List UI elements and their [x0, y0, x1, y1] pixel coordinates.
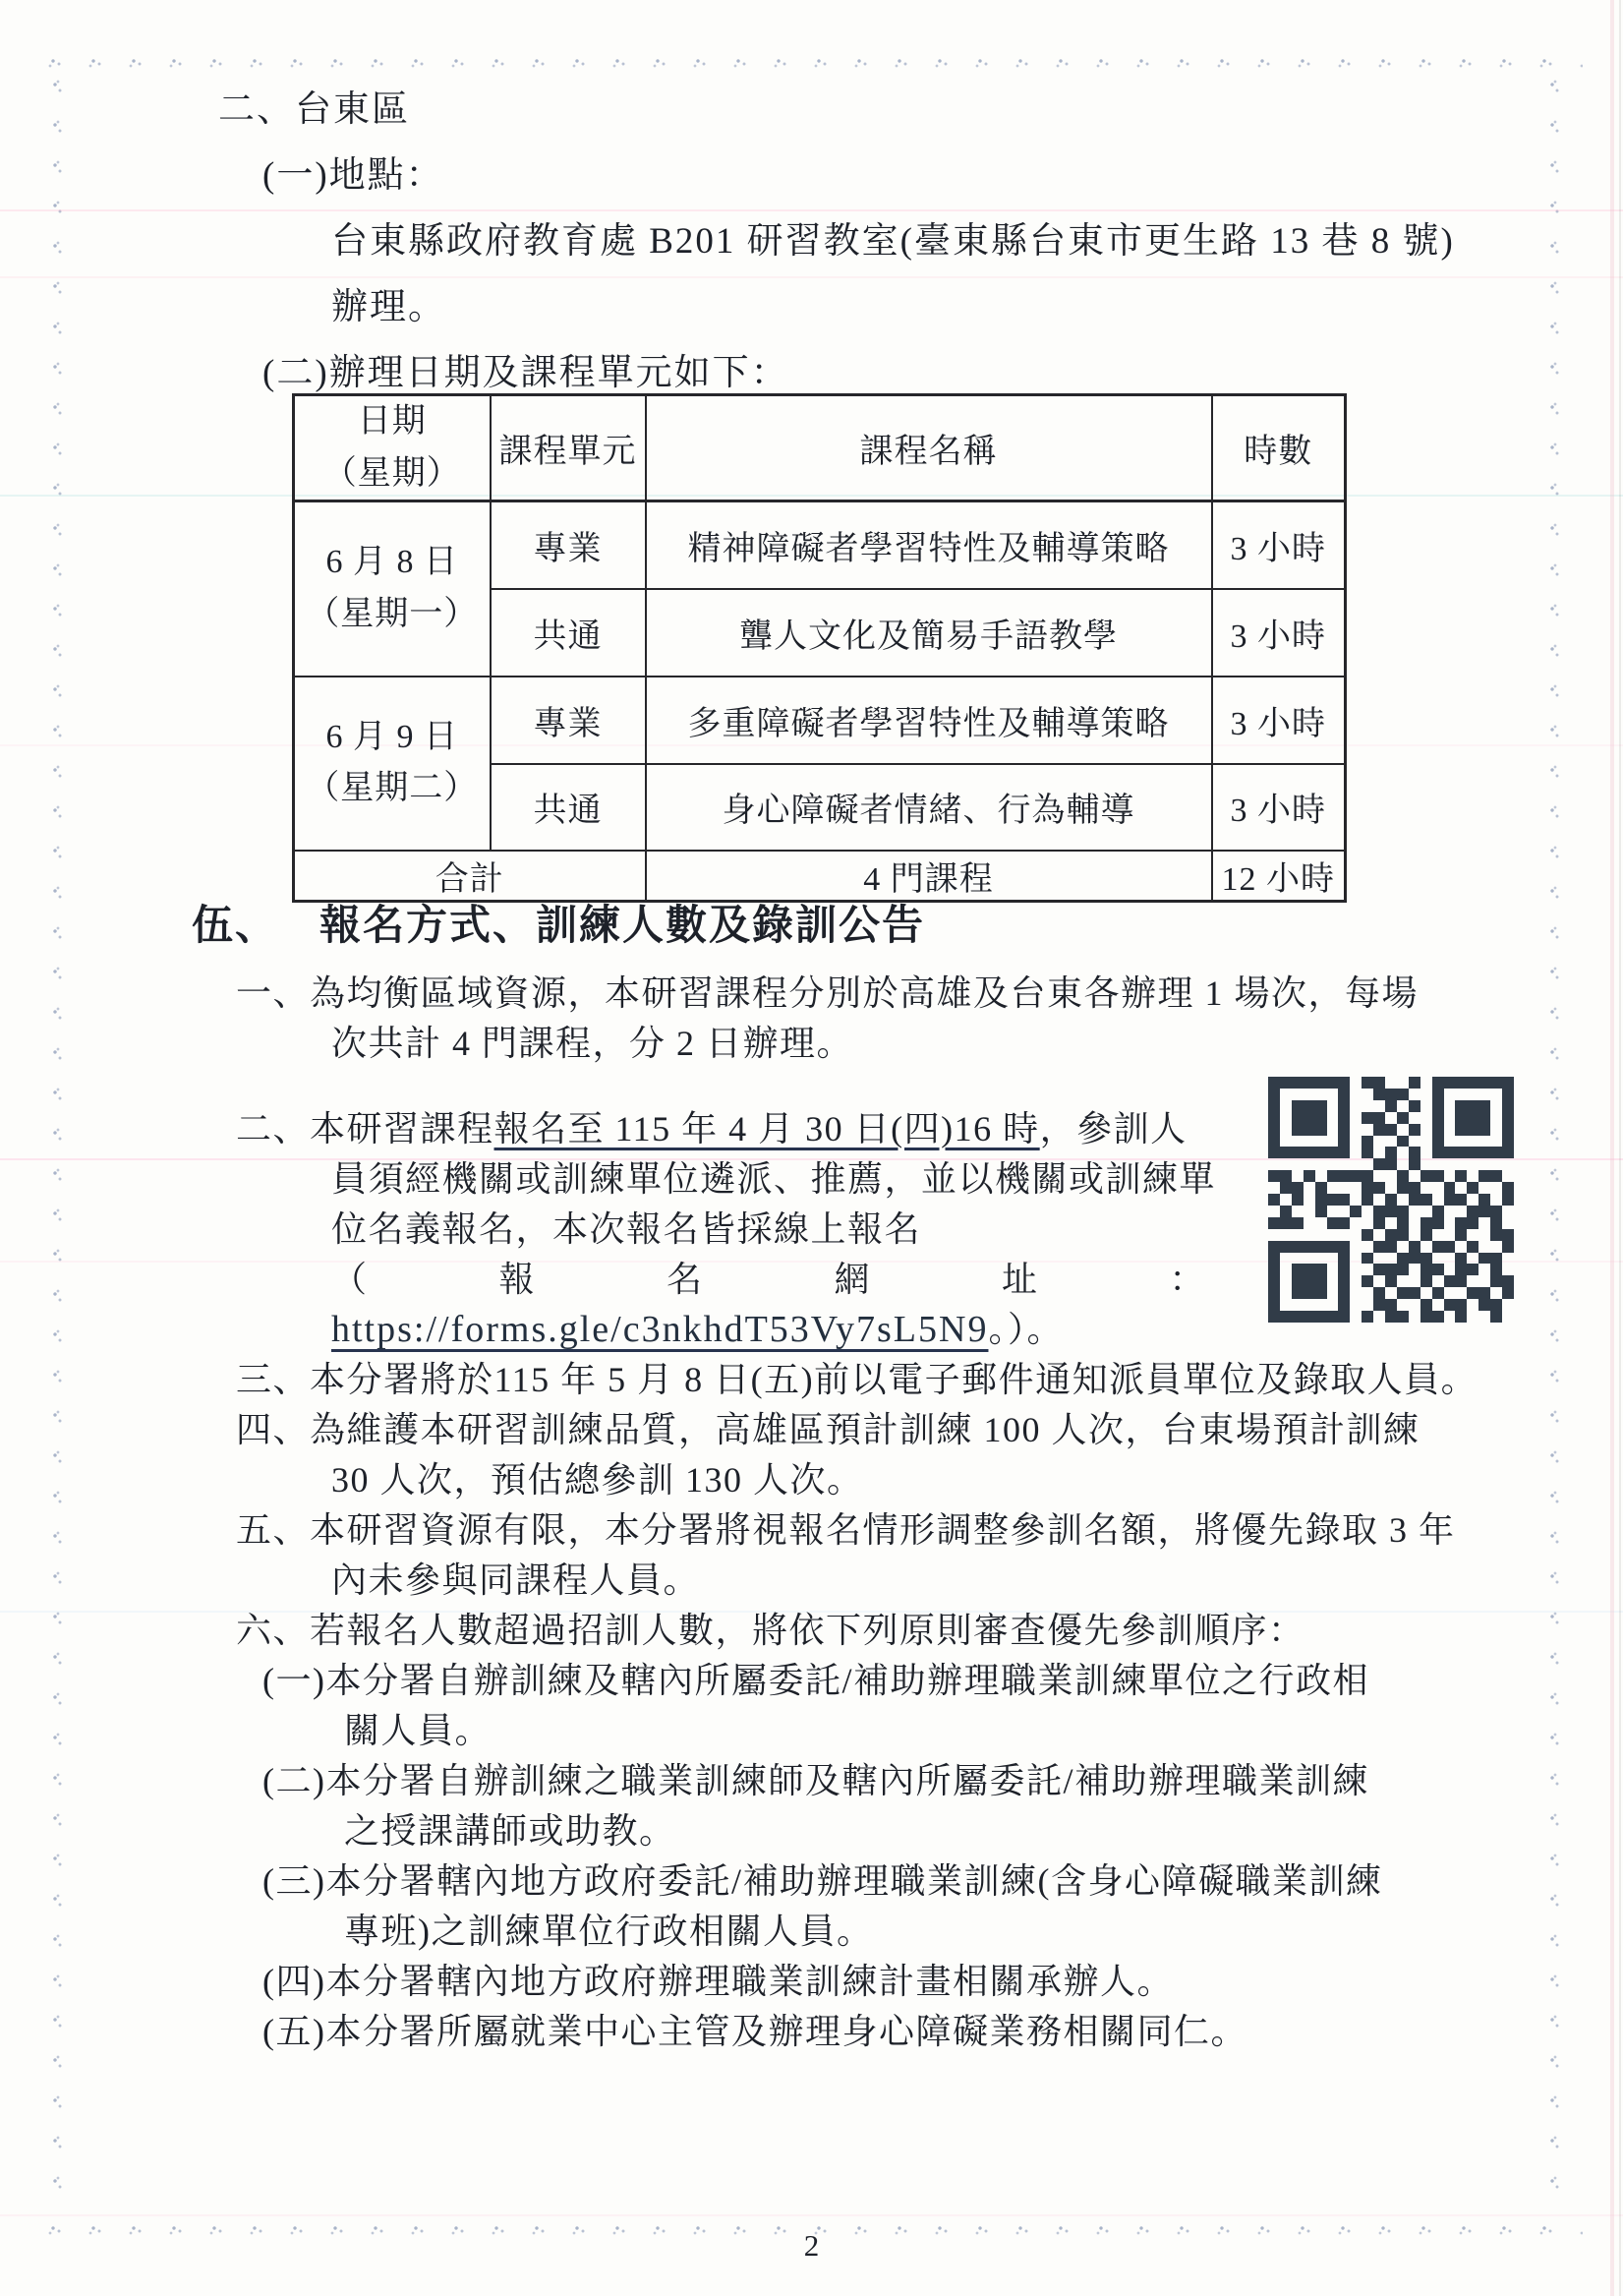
- justified-char: （: [331, 1255, 369, 1305]
- cell-course: 身心障礙者情緒、行為輔導: [646, 764, 1212, 851]
- cell-hours: 3 小時: [1212, 589, 1346, 677]
- cell-hours: 3 小時: [1212, 501, 1346, 589]
- schedule-table: 日期（星期） 課程單元 課程名稱 時數 6 月 8 日（星期一） 專業 精神障礙…: [292, 393, 1347, 903]
- item4-line: 30 人次，預估總參訓 130 人次。: [331, 1455, 1623, 1505]
- header-date-line1: 日期: [358, 403, 427, 440]
- section5-heading-text: 報名方式、訓練人數及錄訓公告: [319, 904, 925, 949]
- item3-line: 三、本分署將於115 年 5 月 8 日(五)前以電子郵件通知派員單位及錄取人員…: [236, 1355, 1623, 1405]
- date-line1: 6 月 8 日: [326, 544, 459, 580]
- cell-unit: 共通: [491, 589, 646, 677]
- cell-course: 聾人文化及簡易手語教學: [646, 589, 1212, 677]
- cell-course: 多重障礙者學習特性及輔導策略: [646, 677, 1212, 764]
- subitem4-line: (四)本分署轄內地方政府辦理職業訓練計畫相關承辦人。: [262, 1957, 1623, 2007]
- page-number: 2: [0, 2228, 1623, 2264]
- subitem2-line: (二)本分署自辦訓練之職業訓練師及轄內所屬委託/補助辦理職業訓練: [262, 1756, 1623, 1806]
- deadline-underlined: 報名至 115 年 4 月 30 日(四)16 時: [494, 1109, 1040, 1148]
- header-unit: 課程單元: [491, 395, 646, 501]
- table-row: 6 月 9 日（星期二） 專業 多重障礙者學習特性及輔導策略 3 小時: [294, 677, 1346, 764]
- cell-date-jun8: 6 月 8 日（星期一）: [294, 501, 491, 677]
- justified-char: 名: [667, 1255, 704, 1305]
- justified-char: ：: [1169, 1255, 1206, 1305]
- subitem5-line: (五)本分署所屬就業中心主管及辦理身心障礙業務相關同仁。: [262, 2007, 1623, 2057]
- date-line1: 6 月 9 日: [326, 719, 459, 755]
- header-date-line2: （星期）: [323, 455, 461, 492]
- taitung-section: 二、台東區 (一)地點： 台東縣政府教育處 B201 研習教室(臺東縣台東市更生…: [0, 77, 1623, 406]
- header-date: 日期（星期）: [294, 395, 491, 501]
- justified-char: 址: [1002, 1255, 1039, 1305]
- table-header-row: 日期（星期） 課程單元 課程名稱 時數: [294, 395, 1346, 501]
- date-line2: （星期一）: [306, 596, 478, 632]
- subitem1-line: (一)本分署自辦訓練及轄內所屬委託/補助辦理職業訓練單位之行政相: [262, 1656, 1623, 1706]
- cell-course: 精神障礙者學習特性及輔導策略: [646, 501, 1212, 589]
- item2-url-label-line: （ 報 名 網 址 ：: [331, 1255, 1206, 1305]
- total-hours: 12 小時: [1212, 851, 1346, 902]
- subitem3-line: 專班)之訓練單位行政相關人員。: [344, 1907, 1623, 1957]
- header-hours: 時數: [1212, 395, 1346, 501]
- date-line2: （星期二）: [306, 770, 478, 806]
- section5-heading: 伍、報名方式、訓練人數及錄訓公告: [192, 893, 925, 952]
- item5-line: 五、本研習資源有限，本分署將視報名情形調整參訓名額，將優先錄取 3 年: [236, 1505, 1623, 1556]
- location-label: (一)地點：: [262, 143, 1623, 208]
- security-dots-top: [47, 57, 1583, 71]
- cell-hours: 3 小時: [1212, 764, 1346, 851]
- cell-unit: 專業: [491, 677, 646, 764]
- scan-artifact-line: [0, 2214, 1623, 2216]
- subitem2-line: 之授課講師或助教。: [344, 1806, 1623, 1856]
- item1-line: 次共計 4 門課程，分 2 日辦理。: [331, 1019, 1623, 1069]
- section-heading: 二、台東區: [218, 77, 1623, 143]
- item2-text: 二、本研習課程: [236, 1109, 494, 1148]
- location-address-cont: 辦理。: [331, 274, 1623, 340]
- justified-char: 網: [834, 1255, 871, 1305]
- course-schedule-table: 日期（星期） 課程單元 課程名稱 時數 6 月 8 日（星期一） 專業 精神障礙…: [292, 393, 1347, 903]
- cell-unit: 專業: [491, 501, 646, 589]
- url-tail: 。）。: [988, 1310, 1064, 1349]
- registration-url: https://forms.gle/c3nkhdT53Vy7sL5N9: [331, 1309, 988, 1350]
- header-course: 課程名稱: [646, 395, 1212, 501]
- scanned-document-page: 二、台東區 (一)地點： 台東縣政府教育處 B201 研習教室(臺東縣台東市更生…: [0, 0, 1623, 2296]
- table-row: 6 月 8 日（星期一） 專業 精神障礙者學習特性及輔導策略 3 小時: [294, 501, 1346, 589]
- section5-heading-number: 伍、: [192, 904, 278, 949]
- item4-line: 四、為維護本研習訓練品質，高雄區預計訓練 100 人次，台東場預計訓練: [236, 1405, 1623, 1455]
- item6-line: 六、若報名人數超過招訓人數，將依下列原則審查優先參訓順序：: [236, 1606, 1623, 1656]
- cell-date-jun9: 6 月 9 日（星期二）: [294, 677, 491, 851]
- qr-code-icon: [1268, 1077, 1514, 1323]
- subitem3-line: (三)本分署轄內地方政府委託/補助辦理職業訓練(含身心障礙職業訓練: [262, 1856, 1623, 1907]
- item2-text: ，參訓人: [1040, 1109, 1188, 1148]
- subitem1-line: 關人員。: [344, 1706, 1623, 1756]
- location-address: 台東縣政府教育處 B201 研習教室(臺東縣台東市更生路 13 巷 8 號): [331, 208, 1623, 274]
- justified-char: 報: [498, 1255, 536, 1305]
- cell-hours: 3 小時: [1212, 677, 1346, 764]
- item5-line: 內未參與同課程人員。: [331, 1556, 1623, 1606]
- cell-unit: 共通: [491, 764, 646, 851]
- item1-line: 一、為均衡區域資源，本研習課程分別於高雄及台東各辦理 1 場次，每場: [236, 969, 1623, 1019]
